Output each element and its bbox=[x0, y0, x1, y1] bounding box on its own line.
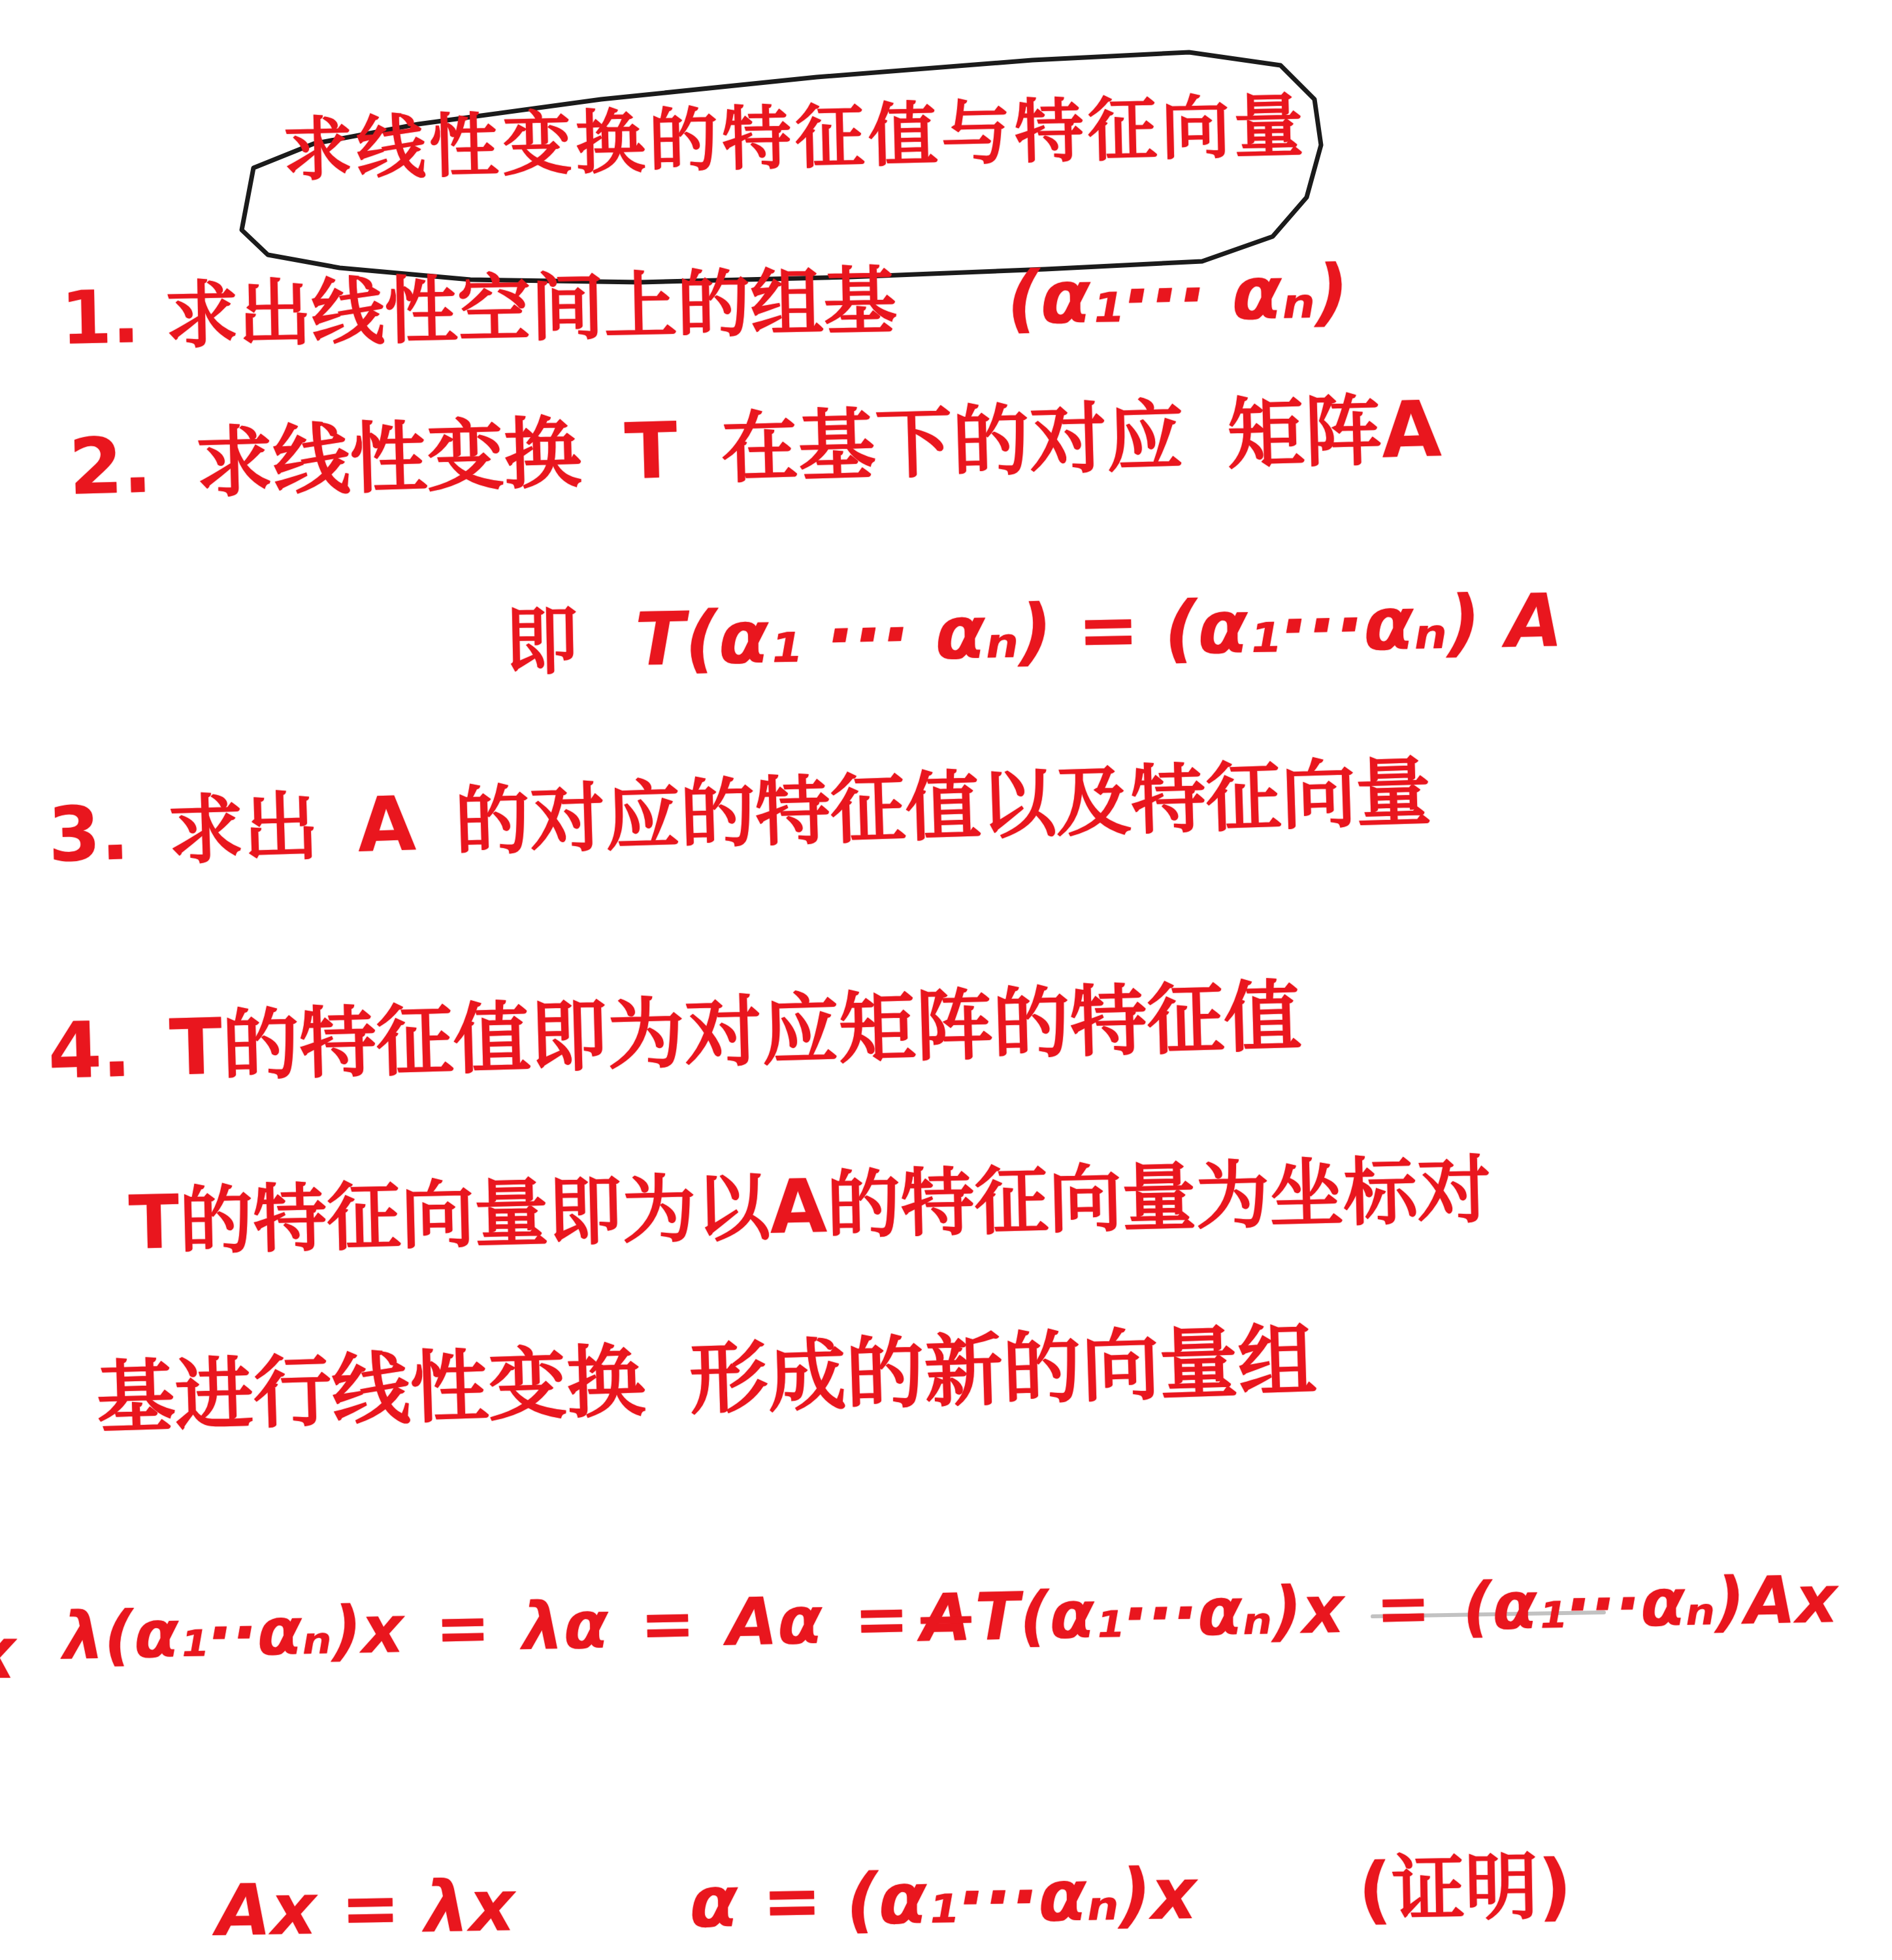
step-4-number: 4. bbox=[47, 1004, 133, 1096]
proof-eq2-coords: α = (α₁···αₙ)x bbox=[689, 1854, 1197, 1944]
step-3-number: 3. bbox=[47, 789, 131, 879]
step-1-number: 1. bbox=[60, 274, 140, 361]
step-2-equation-body: T(α₁ ··· αₙ) = (α₁···αₙ) A bbox=[634, 578, 1563, 683]
proof-label: (证明) bbox=[1358, 1844, 1573, 1933]
step-1-text: 求出线性空间上的组基 bbox=[164, 259, 897, 359]
step-3: 3. 求出 A 的对应的特征值以及特征向量 bbox=[47, 755, 1432, 873]
step-4-line-2: T的特征向量即为以A的特征向量为坐标对 bbox=[128, 1153, 1492, 1260]
step-2-number: 2. bbox=[68, 419, 154, 512]
step-3-text: 求出 A 的对应的特征值以及特征向量 bbox=[167, 748, 1432, 875]
step-4-line-3: 基进行线性变换 形成的新的向量组 bbox=[95, 1322, 1318, 1439]
step-2-equation: 即 T(α₁ ··· αₙ) = (α₁···αₙ) A bbox=[504, 584, 1563, 679]
notebook-page: 求线性变换的特征值与特征向量 1. 求出线性空间上的组基 (α₁··· αₙ) … bbox=[0, 0, 1892, 1960]
step-4: 4. T的特征值即为对应矩阵的特征值 bbox=[47, 977, 1302, 1090]
proof-eq1-left: λ(α₁··αₙ)x = λα = Aα = bbox=[62, 1580, 910, 1674]
proof-equation-1: λ(α₁··αₙ)x = λα = Aα =AT(α₁···αₙ)x = (α₁… bbox=[62, 1567, 1838, 1669]
proof-eq1-struck-A: A bbox=[920, 1579, 972, 1657]
step-2-text: 求线性变换 T 在基下的对应 矩阵A bbox=[195, 384, 1443, 508]
step-2-equation-lead: 即 bbox=[504, 599, 579, 685]
clipped-edge-mark: x bbox=[0, 1619, 16, 1690]
proof-eq2-eigen: Ax = λx bbox=[216, 1865, 515, 1952]
step-2: 2. 求线性变换 T 在基下的对应 矩阵A bbox=[68, 390, 1443, 506]
step-1-basis-notation: (α₁··· αₙ) bbox=[1006, 250, 1350, 342]
proof-equation-2: Ax = λx α = (α₁···αₙ)x (证明) bbox=[216, 1850, 1572, 1947]
step-4-text: T的特征值即为对应矩阵的特征值 bbox=[169, 971, 1303, 1092]
proof-eq1-right: T(α₁···αₙ)x = (α₁···αₙ)Ax bbox=[974, 1561, 1838, 1656]
